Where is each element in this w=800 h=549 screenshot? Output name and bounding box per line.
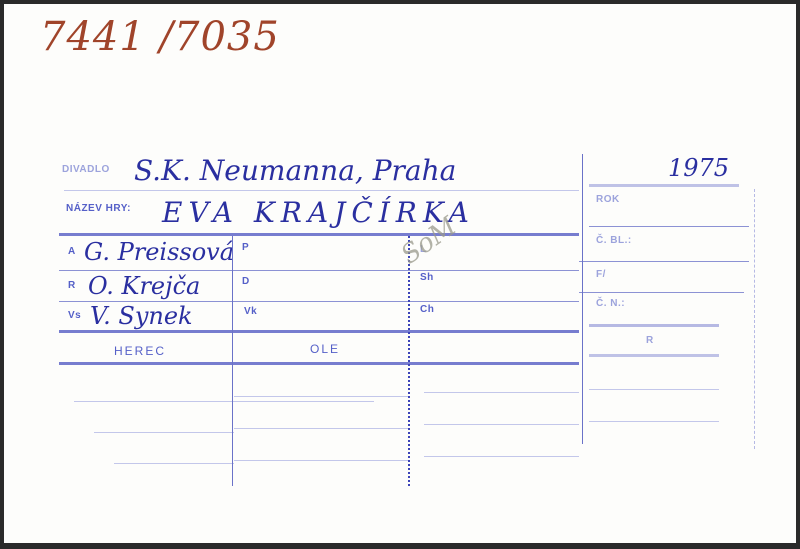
label-f: F/ bbox=[596, 269, 606, 280]
divider bbox=[589, 184, 739, 187]
label-right-partial: R bbox=[646, 335, 654, 346]
label-herec: HEREC bbox=[114, 344, 166, 358]
label-r: R bbox=[68, 280, 76, 291]
divider bbox=[234, 396, 409, 397]
value-rezie: O. Krejča bbox=[88, 272, 200, 300]
divider bbox=[59, 362, 579, 365]
divider bbox=[424, 392, 579, 393]
value-autor: G. Preissová bbox=[84, 238, 234, 266]
label-c-n: Č. N.: bbox=[596, 298, 625, 309]
label-sh: Sh bbox=[420, 272, 434, 283]
label-vs: Vs bbox=[68, 310, 81, 321]
divider bbox=[589, 421, 719, 422]
divider bbox=[589, 226, 749, 227]
label-nazev-hry: NÁZEV HRY: bbox=[66, 203, 131, 214]
divider bbox=[94, 432, 234, 433]
label-ch: Ch bbox=[420, 304, 434, 315]
value-divadlo: S.K. Neumanna, Praha bbox=[134, 154, 456, 187]
label-p: P bbox=[242, 242, 249, 253]
divider bbox=[234, 460, 409, 461]
divider bbox=[59, 330, 579, 333]
divider bbox=[579, 292, 744, 293]
divider bbox=[589, 354, 719, 357]
column-divider bbox=[232, 236, 233, 486]
photo-back: 7441 /7035 DIVADLO S.K. Neumanna, Praha … bbox=[4, 4, 796, 543]
value-vyprava: V. Synek bbox=[90, 302, 193, 330]
label-c-bl: Č. BL.: bbox=[596, 235, 632, 246]
column-divider bbox=[582, 154, 583, 444]
label-d: D bbox=[242, 276, 250, 287]
divider bbox=[59, 270, 579, 271]
label-rok: ROK bbox=[596, 194, 620, 205]
divider bbox=[579, 261, 749, 262]
divider bbox=[424, 424, 579, 425]
label-a: A bbox=[68, 246, 76, 257]
divider bbox=[234, 428, 409, 429]
inventory-number: 7441 /7035 bbox=[40, 14, 280, 60]
divider bbox=[589, 389, 719, 390]
column-divider bbox=[408, 236, 410, 486]
divider bbox=[589, 324, 719, 327]
divider bbox=[74, 401, 374, 402]
divider bbox=[114, 463, 234, 464]
divider bbox=[64, 190, 579, 191]
label-vk: Vk bbox=[244, 306, 257, 317]
value-year: 1975 bbox=[668, 154, 729, 182]
label-divadlo: DIVADLO bbox=[62, 164, 110, 175]
label-role: OLE bbox=[310, 342, 340, 356]
column-divider bbox=[754, 189, 755, 449]
divider bbox=[59, 233, 579, 236]
divider bbox=[424, 456, 579, 457]
